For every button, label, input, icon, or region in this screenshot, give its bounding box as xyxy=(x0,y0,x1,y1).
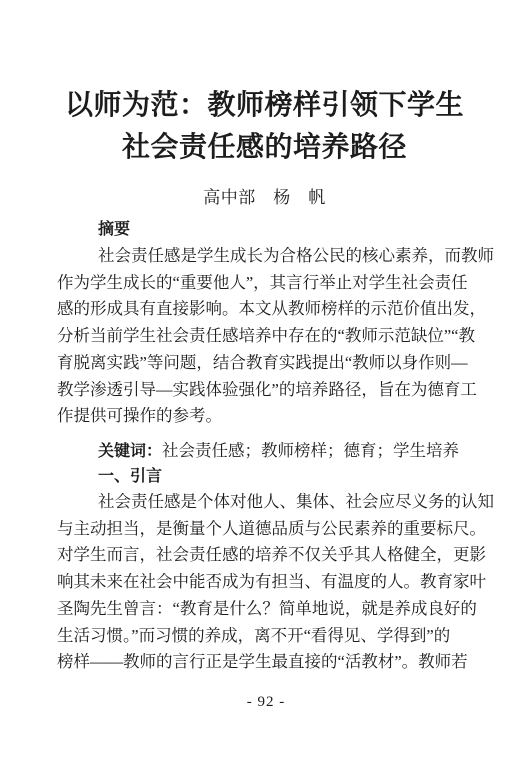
paper-title-line-1: 以师为范：教师榜样引领下学生 xyxy=(57,85,472,127)
introduction-line: 响其未来在社会中能否成为有担当、有温度的人。教育家叶 xyxy=(57,569,472,596)
introduction-line: 生活习惯。”而习惯的养成，离不开“看得见、学得到”的 xyxy=(57,623,472,650)
introduction-paragraph: 社会责任感是个体对他人、集体、社会应尽义务的认知与主动担当，是衡量个人道德品质与… xyxy=(57,489,472,676)
abstract-label: 摘要 xyxy=(98,218,298,242)
abstract-line: 感的形成具有直接影响。本文从教师榜样的示范价值出发， xyxy=(57,296,472,323)
keywords-text: 社会责任感；教师榜样；德育；学生培养 xyxy=(162,441,459,460)
introduction-line: 社会责任感是个体对他人、集体、社会应尽义务的认知 xyxy=(57,489,472,516)
abstract-line: 育脱离实践”等问题，结合教育实践提出“教师以身作则— xyxy=(57,350,472,377)
section-heading-introduction: 一、引言 xyxy=(57,465,472,489)
abstract-line: 分析当前学生社会责任感培养中存在的“教师示范缺位”“教 xyxy=(57,323,472,350)
keywords-label: 关键词： xyxy=(98,443,162,460)
introduction-line: 对学生而言，社会责任感的培养不仅关乎其人格健全，更影 xyxy=(57,542,472,569)
abstract-line: 作提供可操作的参考。 xyxy=(57,403,472,430)
keywords-line: 关键词：社会责任感；教师榜样；德育；学生培养 xyxy=(57,437,472,465)
abstract-paragraph: 社会责任感是学生成长为合格公民的核心素养，而教师作为学生成长的“重要他人”，其言… xyxy=(57,243,472,430)
page-number: - 92 - xyxy=(0,692,532,712)
introduction-line: 圣陶先生曾言：“教育是什么？简单地说，就是养成良好的 xyxy=(57,596,472,623)
abstract-line: 社会责任感是学生成长为合格公民的核心素养，而教师 xyxy=(57,243,472,270)
paper-title: 以师为范：教师榜样引领下学生 社会责任感的培养路径 xyxy=(57,85,472,169)
document-page: 以师为范：教师榜样引领下学生 社会责任感的培养路径 高中部 杨 帆 摘要 社会责… xyxy=(0,0,532,768)
introduction-line: 榜样——教师的言行正是学生最直接的“活教材”。教师若 xyxy=(57,649,472,676)
paper-title-line-2: 社会责任感的培养路径 xyxy=(57,127,472,169)
introduction-line: 与主动担当，是衡量个人道德品质与公民素养的重要标尺。 xyxy=(57,516,472,543)
authors: 高中部 杨 帆 xyxy=(57,186,472,210)
abstract-line: 教学渗透引导—实践体验强化”的培养路径，旨在为德育工 xyxy=(57,377,472,404)
abstract-line: 作为学生成长的“重要他人”，其言行举止对学生社会责任 xyxy=(57,270,472,297)
